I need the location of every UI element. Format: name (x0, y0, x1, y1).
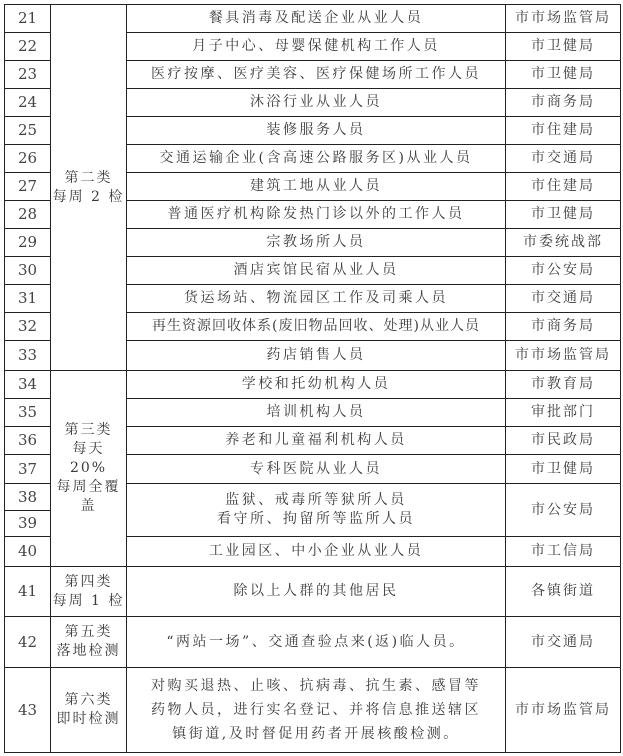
row-number: 35 (5, 399, 51, 427)
category-frequency: 落地检测 (51, 642, 126, 661)
category-label: 第二类 (51, 169, 126, 188)
row-number: 39 (5, 511, 51, 537)
population-line: 药物人员，进行实名登记、并将信息推送辖区 (127, 698, 505, 722)
row-number: 33 (5, 341, 51, 371)
population-description: 宗教场所人员 (127, 229, 506, 257)
category-label: 第三类 (51, 421, 126, 440)
responsible-department: 市市场监管局 (506, 5, 621, 33)
category-frequency: 每周 2 检 (51, 188, 126, 207)
table-row: 41 第四类 每周 1 检 除以上人群的其他居民 各镇街道 (5, 567, 621, 617)
row-number: 29 (5, 229, 51, 257)
category-cell-2: 第二类 每周 2 检 (51, 5, 127, 371)
category-label: 第五类 (51, 623, 126, 642)
row-number: 23 (5, 61, 51, 89)
population-line: 监狱、戒毒所等狱所人员 (127, 491, 505, 510)
responsible-department: 市委统战部 (506, 229, 621, 257)
responsible-department: 市市场监管局 (506, 668, 621, 753)
population-description: 培训机构人员 (127, 399, 506, 427)
category-frequency: 即时检测 (51, 710, 126, 729)
responsible-department: 市卫健局 (506, 61, 621, 89)
row-number: 28 (5, 201, 51, 229)
testing-schedule-table: 21 第二类 每周 2 检 餐具消毒及配送企业从业人员 市市场监管局 22 月子… (4, 4, 621, 753)
table-row: 43 第六类 即时检测 对购买退热、止咳、抗病毒、抗生素、感冒等 药物人员，进行… (5, 668, 621, 753)
row-number: 34 (5, 371, 51, 399)
population-description: 再生资源回收体系(废旧物品回收、处理)从业人员 (127, 313, 506, 341)
population-description: 普通医疗机构除发热门诊以外的工作人员 (127, 201, 506, 229)
category-cell-4: 第四类 每周 1 检 (51, 567, 127, 617)
category-cell-5: 第五类 落地检测 (51, 617, 127, 668)
category-coverage-cont: 盖 (51, 497, 126, 516)
population-description: 药店销售人员 (127, 341, 506, 371)
table-row: 21 第二类 每周 2 检 餐具消毒及配送企业从业人员 市市场监管局 (5, 5, 621, 33)
category-label: 第四类 (51, 573, 126, 592)
responsible-department: 市交通局 (506, 145, 621, 173)
category-label: 第六类 (51, 691, 126, 710)
population-description: 专科医院从业人员 (127, 455, 506, 484)
responsible-department: 市商务局 (506, 313, 621, 341)
responsible-department: 市卫健局 (506, 33, 621, 61)
row-number: 43 (5, 668, 51, 753)
population-line: 对购买退热、止咳、抗病毒、抗生素、感冒等 (127, 674, 505, 698)
row-number: 25 (5, 117, 51, 145)
responsible-department: 市住建局 (506, 117, 621, 145)
row-number: 24 (5, 89, 51, 117)
responsible-department: 市交通局 (506, 617, 621, 668)
population-description: 交通运输企业(含高速公路服务区)从业人员 (127, 145, 506, 173)
row-number: 37 (5, 455, 51, 484)
population-description: 除以上人群的其他居民 (127, 567, 506, 617)
responsible-department: 市公安局 (506, 257, 621, 285)
responsible-department: 市教育局 (506, 371, 621, 399)
row-number: 26 (5, 145, 51, 173)
population-description: “两站一场”、交通查验点来(返)临人员。 (127, 617, 506, 668)
responsible-department: 市商务局 (506, 89, 621, 117)
category-coverage: 每周全覆 (51, 478, 126, 497)
population-description: 学校和托幼机构人员 (127, 371, 506, 399)
responsible-department: 市市场监管局 (506, 341, 621, 371)
responsible-department: 审批部门 (506, 399, 621, 427)
population-description: 酒店宾馆民宿从业人员 (127, 257, 506, 285)
population-description: 养老和儿童福利机构人员 (127, 427, 506, 455)
population-description: 工业园区、中小企业从业人员 (127, 537, 506, 567)
population-description: 月子中心、母婴保健机构工作人员 (127, 33, 506, 61)
population-line: 看守所、拘留所等监所人员 (127, 510, 505, 529)
responsible-department: 市交通局 (506, 285, 621, 313)
population-description: 建筑工地从业人员 (127, 173, 506, 201)
row-number: 22 (5, 33, 51, 61)
responsible-department: 市民政局 (506, 427, 621, 455)
row-number: 27 (5, 173, 51, 201)
row-number: 32 (5, 313, 51, 341)
responsible-department: 市卫健局 (506, 201, 621, 229)
row-number: 36 (5, 427, 51, 455)
category-cell-6: 第六类 即时检测 (51, 668, 127, 753)
population-description: 餐具消毒及配送企业从业人员 (127, 5, 506, 33)
row-number: 40 (5, 537, 51, 567)
responsible-department: 市卫健局 (506, 455, 621, 484)
row-number: 41 (5, 567, 51, 617)
row-number: 31 (5, 285, 51, 313)
responsible-department: 市工信局 (506, 537, 621, 567)
responsible-department: 各镇街道 (506, 567, 621, 617)
population-description: 沐浴行业从业人员 (127, 89, 506, 117)
category-cell-3: 第三类 每天 20% 每周全覆 盖 (51, 371, 127, 567)
table-row: 42 第五类 落地检测 “两站一场”、交通查验点来(返)临人员。 市交通局 (5, 617, 621, 668)
category-frequency: 每周 1 检 (51, 592, 126, 611)
row-number: 42 (5, 617, 51, 668)
population-line: 镇街道,及时督促用药者开展核酸检测。 (127, 722, 505, 746)
population-description: 医疗按摩、医疗美容、医疗保健场所工作人员 (127, 61, 506, 89)
row-number: 38 (5, 484, 51, 511)
responsible-department: 市住建局 (506, 173, 621, 201)
row-number: 30 (5, 257, 51, 285)
population-description: 装修服务人员 (127, 117, 506, 145)
row-number: 21 (5, 5, 51, 33)
table-row: 34 第三类 每天 20% 每周全覆 盖 学校和托幼机构人员 市教育局 (5, 371, 621, 399)
population-description: 对购买退热、止咳、抗病毒、抗生素、感冒等 药物人员，进行实名登记、并将信息推送辖… (127, 668, 506, 753)
population-description: 货运场站、物流园区工作及司乘人员 (127, 285, 506, 313)
responsible-department: 市公安局 (506, 484, 621, 537)
category-frequency: 每天 20% (51, 440, 126, 478)
population-description: 监狱、戒毒所等狱所人员 看守所、拘留所等监所人员 (127, 484, 506, 537)
